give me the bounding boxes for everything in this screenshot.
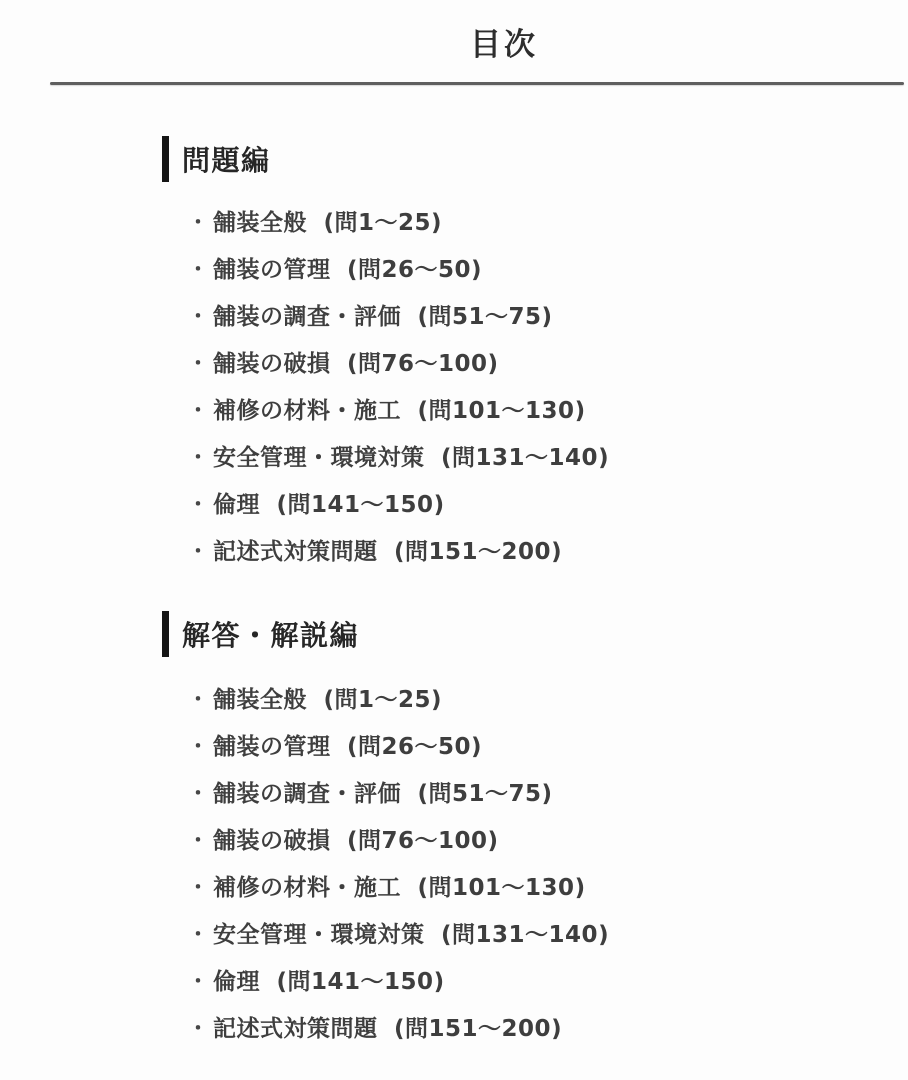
toc-list: ・ 舗装全般 (問1〜25) ・ 舗装の管理 (問26〜50) ・ 舗装の調査・… bbox=[162, 210, 908, 564]
toc-item-label: 舗装の調査・評価 bbox=[213, 304, 401, 330]
toc-item: ・ 補修の材料・施工 (問101〜130) bbox=[188, 398, 908, 423]
toc-item-label: 舗装の管理 bbox=[213, 734, 331, 760]
toc-item-label: 記述式対策問題 bbox=[213, 539, 378, 565]
bullet-icon: ・ bbox=[188, 445, 209, 470]
bullet-icon: ・ bbox=[188, 875, 209, 900]
toc-item: ・ 舗装の破損 (問76〜100) bbox=[188, 351, 908, 376]
toc-item-range: (問1〜25) bbox=[324, 210, 443, 236]
toc-item: ・ 記述式対策問題 (問151〜200) bbox=[188, 1016, 908, 1041]
bullet-icon: ・ bbox=[188, 351, 209, 376]
toc-item-range: (問151〜200) bbox=[394, 1016, 562, 1042]
toc-item-label: 舗装の調査・評価 bbox=[213, 781, 401, 807]
toc-item-label: 舗装全般 bbox=[213, 687, 307, 713]
title-divider bbox=[50, 82, 904, 85]
section-heading-label: 解答・解説編 bbox=[182, 614, 359, 654]
bullet-icon: ・ bbox=[188, 828, 209, 853]
toc-item-range: (問51〜75) bbox=[418, 781, 553, 807]
toc-item: ・ 舗装の管理 (問26〜50) bbox=[188, 734, 908, 759]
toc-page: 目次 問題編 ・ 舗装全般 (問1〜25) ・ 舗装の管理 (問26〜50) ・… bbox=[0, 0, 908, 1080]
toc-item: ・ 舗装の調査・評価 (問51〜75) bbox=[188, 781, 908, 806]
toc-item-label: 倫理 bbox=[213, 492, 260, 518]
toc-item-range: (問151〜200) bbox=[394, 539, 562, 565]
toc-item-range: (問141〜150) bbox=[277, 969, 445, 995]
toc-item: ・ 舗装全般 (問1〜25) bbox=[188, 210, 908, 235]
toc-item-label: 補修の材料・施工 bbox=[213, 398, 401, 424]
toc-item: ・ 舗装の破損 (問76〜100) bbox=[188, 828, 908, 853]
bullet-icon: ・ bbox=[188, 257, 209, 282]
toc-item: ・ 安全管理・環境対策 (問131〜140) bbox=[188, 922, 908, 947]
bullet-icon: ・ bbox=[188, 969, 209, 994]
toc-item-range: (問76〜100) bbox=[347, 828, 499, 854]
toc-item-range: (問26〜50) bbox=[347, 734, 482, 760]
toc-item: ・ 補修の材料・施工 (問101〜130) bbox=[188, 875, 908, 900]
toc-item-label: 舗装の破損 bbox=[213, 351, 331, 377]
section-heading-label: 問題編 bbox=[182, 139, 271, 179]
bullet-icon: ・ bbox=[188, 781, 209, 806]
toc-item-label: 補修の材料・施工 bbox=[213, 875, 401, 901]
toc-item-range: (問101〜130) bbox=[418, 875, 586, 901]
page-title: 目次 bbox=[50, 0, 908, 64]
toc-item-range: (問1〜25) bbox=[324, 687, 443, 713]
toc-item-range: (問26〜50) bbox=[347, 257, 482, 283]
toc-item: ・ 舗装の管理 (問26〜50) bbox=[188, 257, 908, 282]
bullet-icon: ・ bbox=[188, 539, 209, 564]
toc-list: ・ 舗装全般 (問1〜25) ・ 舗装の管理 (問26〜50) ・ 舗装の調査・… bbox=[162, 687, 908, 1041]
toc-item-label: 記述式対策問題 bbox=[213, 1016, 378, 1042]
bullet-icon: ・ bbox=[188, 492, 209, 517]
section-problems: 問題編 ・ 舗装全般 (問1〜25) ・ 舗装の管理 (問26〜50) ・ 舗装… bbox=[162, 136, 908, 564]
toc-item-range: (問131〜140) bbox=[441, 922, 609, 948]
toc-item-range: (問101〜130) bbox=[418, 398, 586, 424]
section-heading: 問題編 bbox=[162, 136, 908, 182]
toc-item-label: 倫理 bbox=[213, 969, 260, 995]
bullet-icon: ・ bbox=[188, 210, 209, 235]
toc-item: ・ 倫理 (問141〜150) bbox=[188, 969, 908, 994]
bullet-icon: ・ bbox=[188, 922, 209, 947]
toc-item-label: 安全管理・環境対策 bbox=[213, 922, 425, 948]
toc-item: ・ 記述式対策問題 (問151〜200) bbox=[188, 539, 908, 564]
toc-item-label: 安全管理・環境対策 bbox=[213, 445, 425, 471]
toc-item-label: 舗装の破損 bbox=[213, 828, 331, 854]
bullet-icon: ・ bbox=[188, 398, 209, 423]
toc-item-range: (問141〜150) bbox=[277, 492, 445, 518]
toc-item-range: (問76〜100) bbox=[347, 351, 499, 377]
heading-accent-bar bbox=[162, 136, 169, 182]
toc-item: ・ 倫理 (問141〜150) bbox=[188, 492, 908, 517]
bullet-icon: ・ bbox=[188, 734, 209, 759]
toc-item: ・ 舗装の調査・評価 (問51〜75) bbox=[188, 304, 908, 329]
toc-item-label: 舗装の管理 bbox=[213, 257, 331, 283]
toc-item: ・ 舗装全般 (問1〜25) bbox=[188, 687, 908, 712]
section-heading: 解答・解説編 bbox=[162, 611, 908, 657]
bullet-icon: ・ bbox=[188, 1016, 209, 1041]
bullet-icon: ・ bbox=[188, 687, 209, 712]
toc-item: ・ 安全管理・環境対策 (問131〜140) bbox=[188, 445, 908, 470]
bullet-icon: ・ bbox=[188, 304, 209, 329]
toc-item-range: (問131〜140) bbox=[441, 445, 609, 471]
toc-item-label: 舗装全般 bbox=[213, 210, 307, 236]
toc-item-range: (問51〜75) bbox=[418, 304, 553, 330]
section-answers: 解答・解説編 ・ 舗装全般 (問1〜25) ・ 舗装の管理 (問26〜50) ・… bbox=[162, 611, 908, 1041]
heading-accent-bar bbox=[162, 611, 169, 657]
